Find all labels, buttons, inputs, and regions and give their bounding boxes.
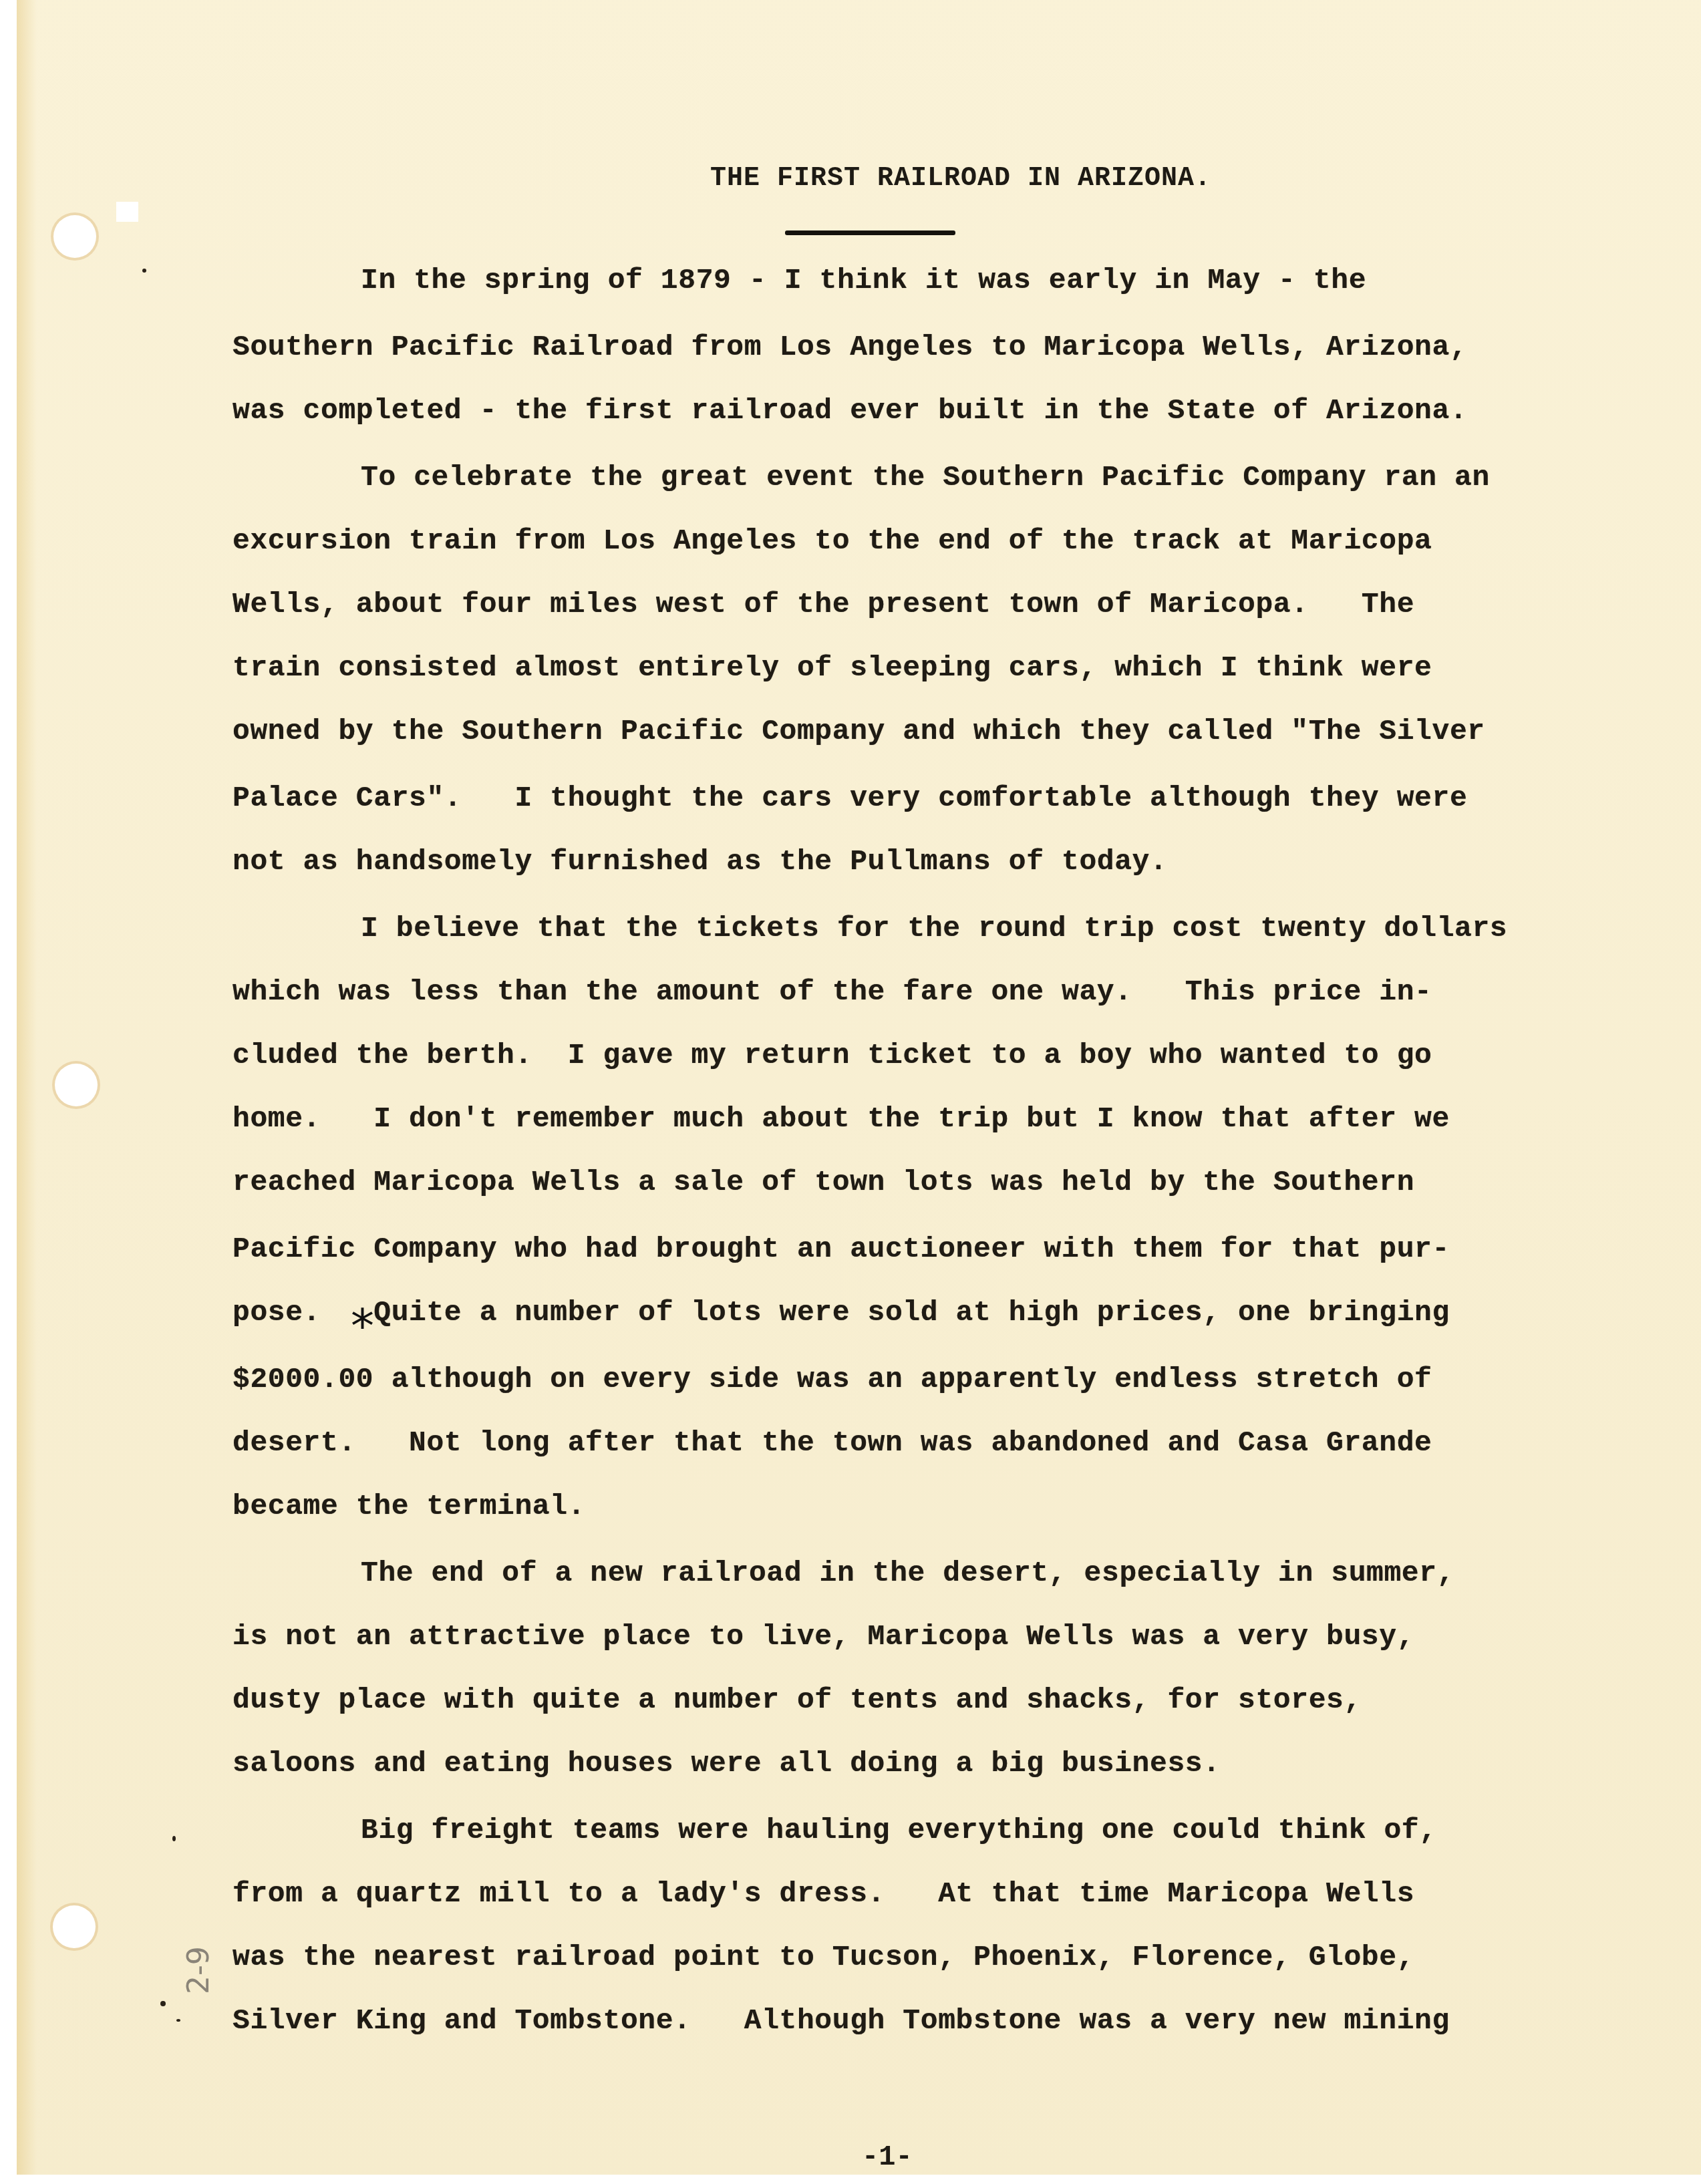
text-line: Big freight teams were hauling everythin… — [361, 1814, 1437, 1847]
text-line: cluded the berth. I gave my return ticke… — [233, 1039, 1432, 1072]
text-line: not as handsomely furnished as the Pullm… — [233, 845, 1167, 878]
text-line: Southern Pacific Railroad from Los Angel… — [233, 331, 1467, 363]
footnote-asterisk: * — [351, 1303, 374, 1350]
text-line: Wells, about four miles west of the pres… — [233, 588, 1414, 621]
text-line: train consisted almost entirely of sleep… — [233, 651, 1432, 684]
text-line: Pacific Company who had brought an aucti… — [233, 1233, 1450, 1265]
text-line: which was less than the amount of the fa… — [233, 975, 1432, 1008]
text-line: saloons and eating houses were all doing… — [233, 1747, 1221, 1780]
text-line: To celebrate the great event the Souther… — [361, 461, 1490, 494]
page-number: -1- — [862, 2141, 913, 2173]
text-line: Silver King and Tombstone. Although Tomb… — [233, 2004, 1450, 2037]
text-line: from a quartz mill to a lady's dress. At… — [233, 1877, 1414, 1910]
text-line: became the terminal. — [233, 1490, 585, 1523]
text-line: excursion train from Los Angeles to the … — [233, 524, 1432, 557]
pencil-margin-note: 2-9 — [182, 1946, 216, 1994]
text-line: was the nearest railroad point to Tucson… — [233, 1941, 1414, 1974]
document-body: In the spring of 1879 - I think it was e… — [0, 0, 1701, 2184]
text-line: reached Maricopa Wells a sale of town lo… — [233, 1166, 1414, 1199]
text-line: $2000.00 although on every side was an a… — [233, 1363, 1432, 1396]
text-line: was completed - the first railroad ever … — [233, 394, 1467, 427]
text-line: I believe that the tickets for the round… — [361, 912, 1507, 945]
text-line: dusty place with quite a number of tents… — [233, 1684, 1362, 1716]
text-line: The end of a new railroad in the desert,… — [361, 1557, 1454, 1589]
text-line: owned by the Southern Pacific Company an… — [233, 715, 1485, 748]
text-line: desert. Not long after that the town was… — [233, 1426, 1432, 1459]
text-line: is not an attractive place to live, Mari… — [233, 1620, 1414, 1653]
text-line: pose. Quite a number of lots were sold a… — [233, 1296, 1450, 1329]
text-line: In the spring of 1879 - I think it was e… — [361, 264, 1366, 297]
text-line: home. I don't remember much about the tr… — [233, 1102, 1450, 1135]
text-line: Palace Cars". I thought the cars very co… — [233, 782, 1467, 814]
